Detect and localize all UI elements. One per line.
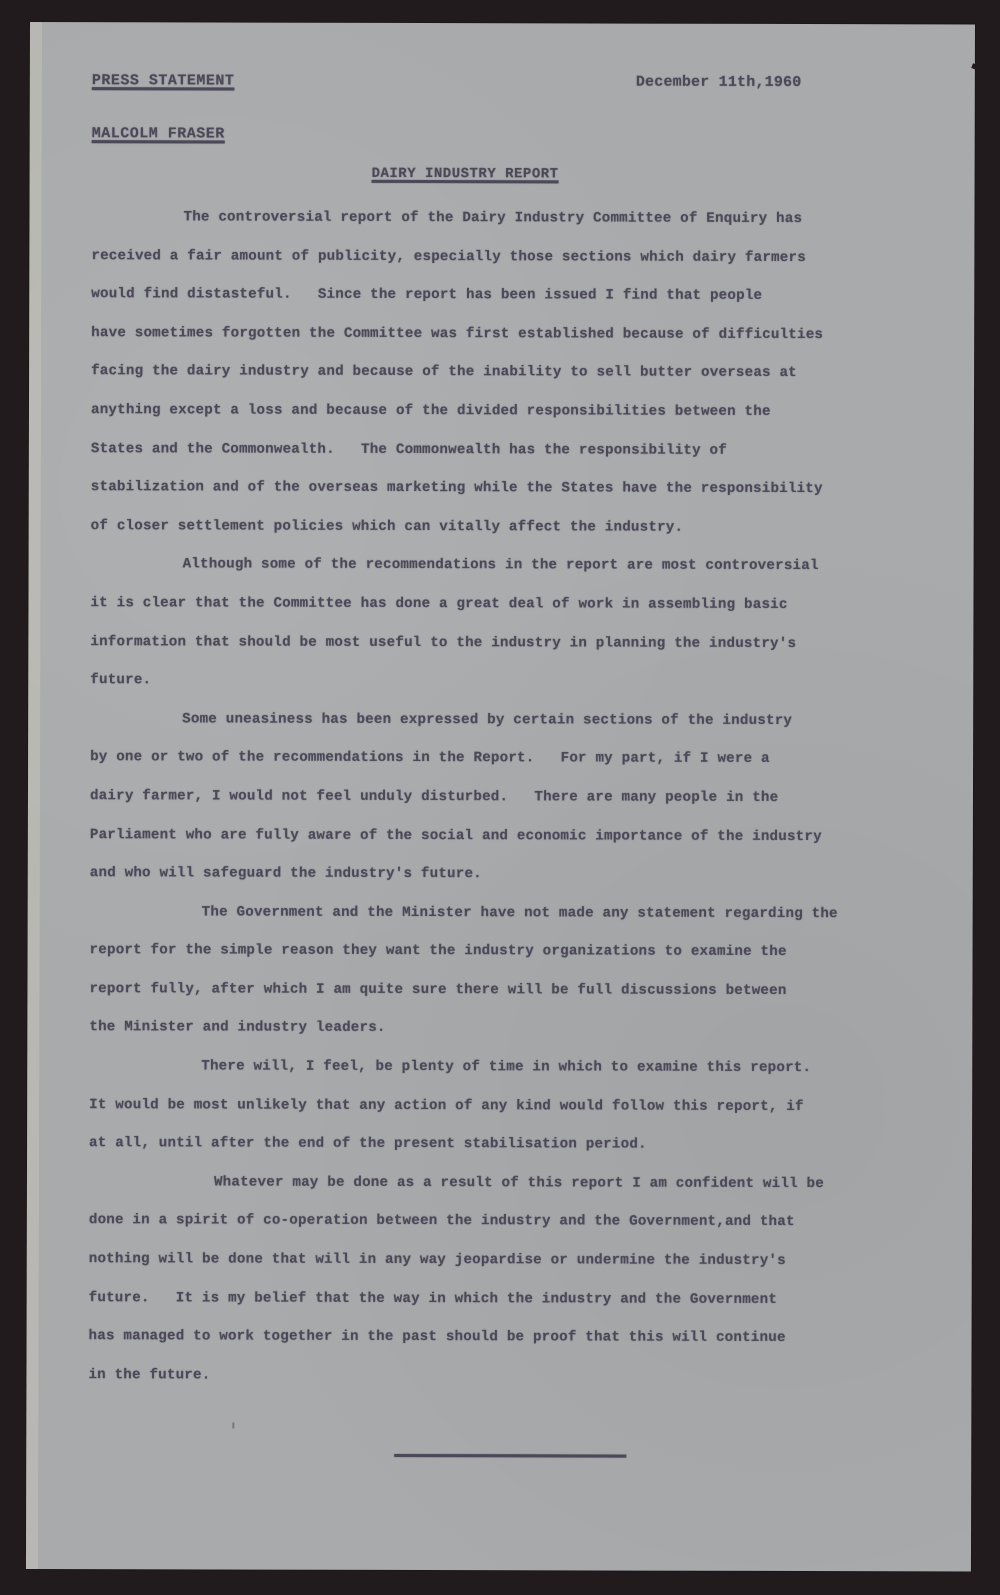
text-line: stabilization and of the overseas market… [91, 468, 941, 509]
text-line: nothing will be done that will in any wa… [89, 1240, 939, 1281]
paragraph: The controversial report of the Dairy In… [91, 198, 942, 548]
text-line: dairy farmer, I would not feel unduly di… [90, 777, 940, 818]
paper-notch [971, 63, 980, 70]
paragraph: The Government and the Minister have not… [89, 893, 939, 1050]
text-line: in the future. [88, 1356, 938, 1397]
text-line: done in a spirit of co-operation between… [89, 1202, 939, 1243]
text-line: has managed to work together in the past… [89, 1317, 939, 1358]
ink-speck [232, 1423, 234, 1429]
text-line: and who will safeguard the industry's fu… [90, 854, 940, 895]
text-line: by one or two of the recommendations in … [90, 738, 940, 779]
text-line: Parliament who are fully aware of the so… [90, 816, 940, 857]
author-name: MALCOLM FRASER [92, 125, 225, 142]
end-rule-divider [394, 1454, 626, 1458]
text-line: of closer settlement policies which can … [91, 507, 941, 548]
paragraph: Although some of the recommendations in … [90, 546, 940, 703]
text-line: Although some of the recommendations in … [91, 546, 941, 587]
text-line: received a fair amount of publicity, esp… [91, 237, 941, 278]
paragraph: Some uneasiness has been expressed by ce… [90, 700, 941, 895]
text-line: report for the simple reason they want t… [90, 931, 940, 972]
text-line: information that should be most useful t… [90, 623, 940, 664]
text-line: anything except a loss and because of th… [91, 391, 941, 432]
text-line: Whatever may be done as a result of this… [89, 1163, 939, 1204]
text-line: future. [90, 661, 940, 702]
paragraph: Whatever may be done as a result of this… [88, 1163, 939, 1397]
text-line: facing the dairy industry and because of… [91, 353, 941, 394]
text-line: it is clear that the Committee has done … [90, 584, 940, 625]
text-line: would find distasteful. Since the report… [91, 275, 941, 316]
text-line: at all, until after the end of the prese… [89, 1124, 939, 1165]
text-line: It would be most unlikely that any actio… [89, 1086, 939, 1127]
text-line: The controversial report of the Dairy In… [91, 198, 941, 239]
document-title: DAIRY INDUSTRY REPORT [372, 166, 559, 182]
document-page: PRESS STATEMENT December 11th,1960 MALCO… [26, 22, 975, 1571]
text-line: States and the Commonwealth. The Commonw… [91, 430, 941, 471]
text-line: the Minister and industry leaders. [89, 1009, 939, 1050]
text-line: Some uneasiness has been expressed by ce… [90, 700, 940, 741]
press-statement-label: PRESS STATEMENT [92, 72, 235, 89]
paragraph: There will, I feel, be plenty of time in… [89, 1047, 939, 1165]
text-line: future. It is my belief that the way in … [89, 1279, 939, 1320]
text-line: have sometimes forgotten the Committee w… [91, 314, 941, 355]
text-line: There will, I feel, be plenty of time in… [89, 1047, 939, 1088]
document-body: The controversial report of the Dairy In… [88, 198, 941, 1397]
document-date: December 11th,1960 [636, 74, 802, 91]
text-line: report fully, after which I am quite sur… [89, 970, 939, 1011]
text-line: The Government and the Minister have not… [90, 893, 940, 934]
